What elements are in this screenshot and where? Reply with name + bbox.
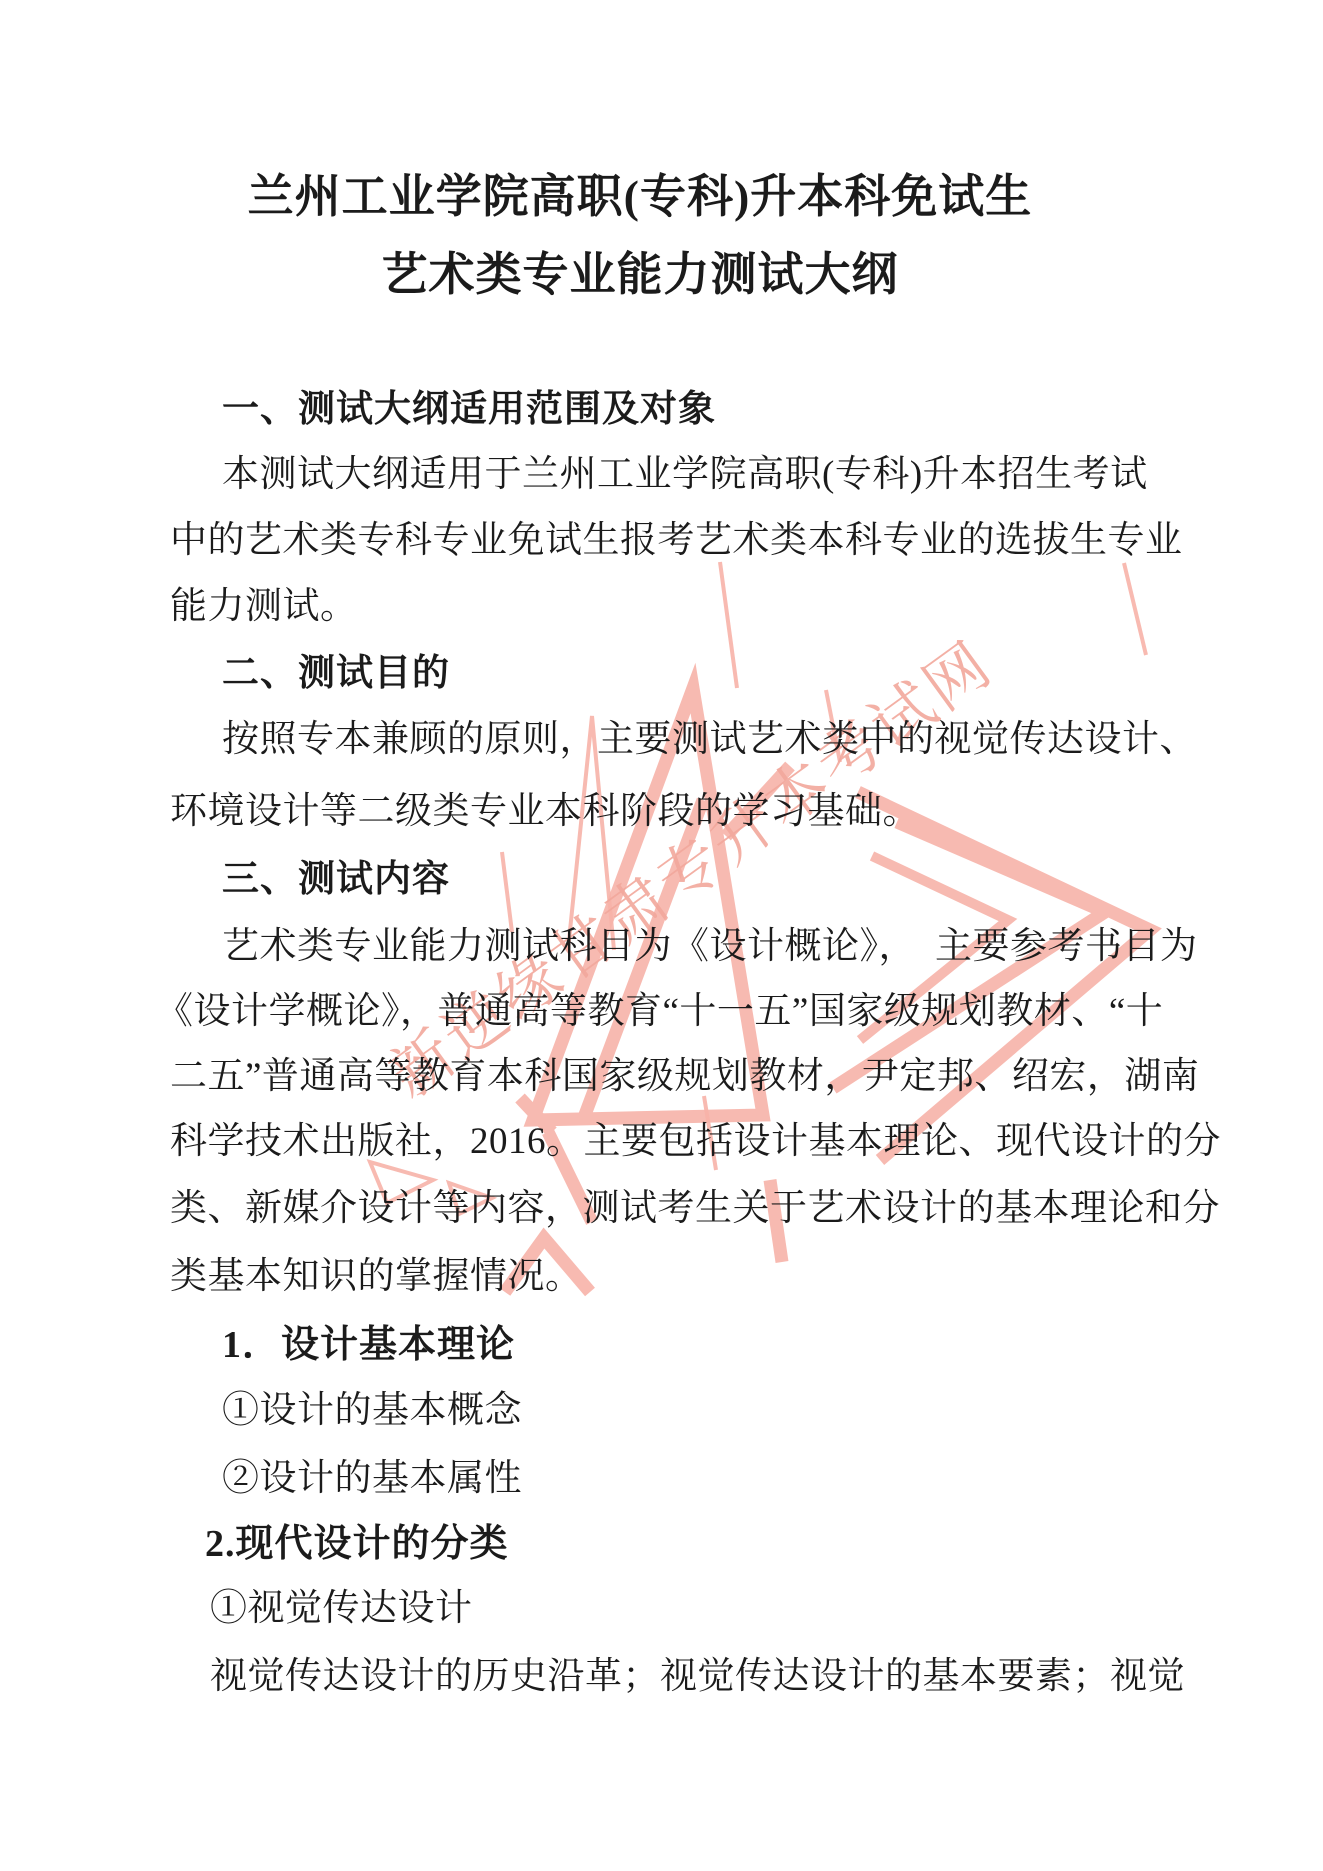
- document-title-line-1: 兰州工业学院高职(专科)升本科免试生: [0, 160, 1280, 226]
- section-heading: 一、测试大纲适用范围及对象: [222, 390, 716, 427]
- text-line: 类、新媒介设计等内容，测试考生关于艺术设计的基本理论和分: [170, 1190, 1220, 1227]
- text-line: 能力测试。: [170, 588, 358, 625]
- num-heading: 1．设计基本理论: [222, 1326, 515, 1364]
- text-line: 本测试大纲适用于兰州工业学院高职(专科)升本招生考试: [222, 456, 1148, 493]
- text-line: 按照专本兼顾的原则，主要测试艺术类中的视觉传达设计、: [222, 721, 1197, 758]
- text-line: 类基本知识的掌握情况。: [170, 1258, 583, 1295]
- text-line: 环境设计等二级类专业本科阶段的学习基础。: [170, 793, 920, 830]
- document-title-line-2: 艺术类专业能力测试大纲: [0, 238, 1280, 304]
- document-page: 新逆缘甘肃专升本考试网 兰州工业学院高职(专科)升本科免试生 艺术类专业能力测试…: [0, 0, 1323, 1871]
- text-line: 中的艺术类专科专业免试生报考艺术类本科专业的选拔生专业: [170, 522, 1183, 559]
- text-line: 视觉传达设计的历史沿革；视觉传达设计的基本要素；视觉: [210, 1658, 1185, 1695]
- text-line: 科学技术出版社，2016。主要包括设计基本理论、现代设计的分: [170, 1123, 1221, 1160]
- num-heading: 2.现代设计的分类: [205, 1525, 509, 1563]
- text-line: 《设计学概论》，普通高等教育“十一五”国家级规划教材、“十: [156, 993, 1163, 1030]
- text-line: ②设计的基本属性: [222, 1460, 522, 1497]
- text-line: ①视觉传达设计: [210, 1590, 473, 1627]
- text-line: 艺术类专业能力测试科目为《设计概论》， 主要参考书目为: [222, 928, 1198, 965]
- section-heading: 三、测试内容: [222, 860, 450, 897]
- text-layer: 兰州工业学院高职(专科)升本科免试生 艺术类专业能力测试大纲 一、测试大纲适用范…: [0, 0, 1323, 1871]
- text-line: ①设计的基本概念: [222, 1392, 522, 1429]
- section-heading: 二、测试目的: [222, 654, 450, 691]
- text-line: 二五”普通高等教育本科国家级规划教材，尹定邦、绍宏，湖南: [170, 1058, 1199, 1095]
